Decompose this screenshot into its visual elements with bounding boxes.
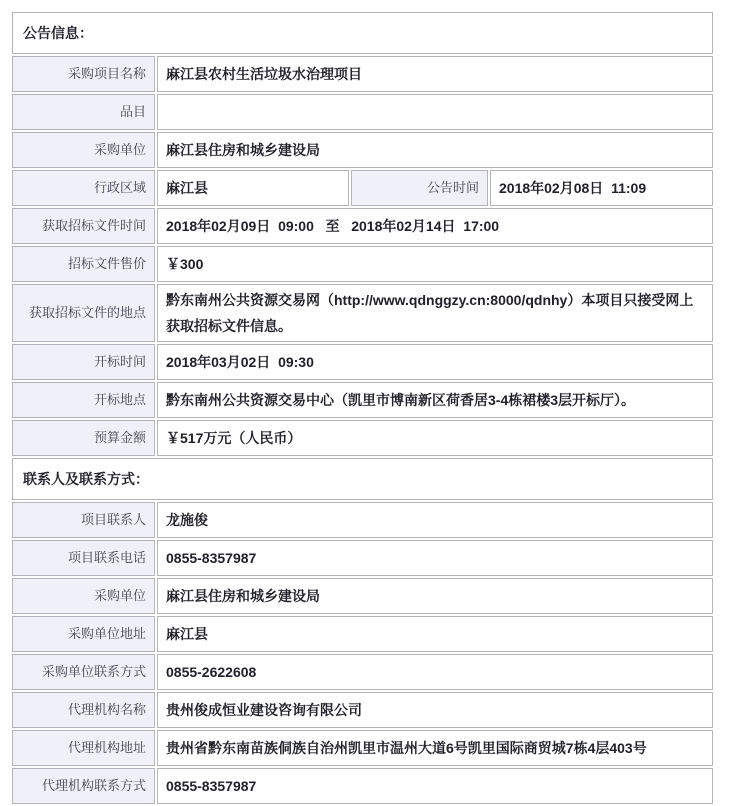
field-label-bid-open-time: 开标时间 <box>12 344 155 380</box>
field-label-doc-obtain-place: 获取招标文件的地点 <box>12 284 155 342</box>
field-label-agency-name: 代理机构名称 <box>12 692 155 728</box>
field-value-agency-name: 贵州俊成恒业建设咨询有限公司 <box>157 692 713 728</box>
announcement-section-title: 公告信息： <box>12 12 713 54</box>
field-label-purchaser: 采购单位 <box>12 132 155 168</box>
contact-section-title: 联系人及联系方式： <box>12 458 713 500</box>
table-row: 采购单位联系方式 0855-2622608 <box>12 654 713 690</box>
field-value-purchaser: 麻江县住房和城乡建设局 <box>157 132 713 168</box>
field-label-region: 行政区域 <box>12 170 155 206</box>
table-row: 获取招标文件时间 2018年02月09日 09:00 至 2018年02月14日… <box>12 208 713 244</box>
field-value-purchaser-name: 麻江县住房和城乡建设局 <box>157 578 713 614</box>
field-label-category: 品目 <box>12 94 155 130</box>
field-label-project-phone: 项目联系电话 <box>12 540 155 576</box>
section-header-row: 联系人及联系方式： <box>12 458 713 500</box>
table-row: 采购单位 麻江县住房和城乡建设局 <box>12 578 713 614</box>
field-value-agency-address: 贵州省黔东南苗族侗族自治州凯里市温州大道6号凯里国际商贸城7栋4层403号 <box>157 730 713 766</box>
field-label-agency-phone: 代理机构联系方式 <box>12 768 155 804</box>
field-value-doc-price: ￥300 <box>157 246 713 282</box>
table-row: 代理机构联系方式 0855-8357987 <box>12 768 713 804</box>
field-value-bid-open-time: 2018年03月02日 09:30 <box>157 344 713 380</box>
field-label-announce-time: 公告时间 <box>351 170 488 206</box>
field-label-purchaser-address: 采购单位地址 <box>12 616 155 652</box>
field-value-category <box>157 94 713 130</box>
field-value-announce-time: 2018年02月08日 11:09 <box>490 170 713 206</box>
table-row: 品目 <box>12 94 713 130</box>
field-value-purchaser-phone: 0855-2622608 <box>157 654 713 690</box>
field-value-bid-open-place: 黔东南州公共资源交易中心（凯里市博南新区荷香居3-4栋裙楼3层开标厅）。 <box>157 382 713 418</box>
table-row: 采购单位 麻江县住房和城乡建设局 <box>12 132 713 168</box>
table-row: 开标地点 黔东南州公共资源交易中心（凯里市博南新区荷香居3-4栋裙楼3层开标厅）… <box>12 382 713 418</box>
field-label-purchaser-name: 采购单位 <box>12 578 155 614</box>
field-value-budget: ￥517万元（人民币） <box>157 420 713 456</box>
field-label-project-contact: 项目联系人 <box>12 502 155 538</box>
field-value-project-contact: 龙施俊 <box>157 502 713 538</box>
field-value-project-name: 麻江县农村生活垃圾水治理项目 <box>157 56 713 92</box>
field-value-purchaser-address: 麻江县 <box>157 616 713 652</box>
table-row: 采购单位地址 麻江县 <box>12 616 713 652</box>
field-value-doc-obtain-place: 黔东南州公共资源交易网（http://www.qdnggzy.cn:8000/q… <box>157 284 713 342</box>
table-row: 预算金额 ￥517万元（人民币） <box>12 420 713 456</box>
table-row: 开标时间 2018年03月02日 09:30 <box>12 344 713 380</box>
table-row: 项目联系人 龙施俊 <box>12 502 713 538</box>
section-header-row: 公告信息： <box>12 12 713 54</box>
field-value-region: 麻江县 <box>157 170 349 206</box>
field-label-agency-address: 代理机构地址 <box>12 730 155 766</box>
table-row: 代理机构名称 贵州俊成恒业建设咨询有限公司 <box>12 692 713 728</box>
field-label-budget: 预算金额 <box>12 420 155 456</box>
table-row: 行政区域 麻江县 公告时间 2018年02月08日 11:09 <box>12 170 713 206</box>
field-label-bid-open-place: 开标地点 <box>12 382 155 418</box>
table-row: 招标文件售价 ￥300 <box>12 246 713 282</box>
table-row: 项目联系电话 0855-8357987 <box>12 540 713 576</box>
field-value-doc-obtain-time: 2018年02月09日 09:00 至 2018年02月14日 17:00 <box>157 208 713 244</box>
field-label-doc-price: 招标文件售价 <box>12 246 155 282</box>
field-label-project-name: 采购项目名称 <box>12 56 155 92</box>
table-row: 代理机构地址 贵州省黔东南苗族侗族自治州凯里市温州大道6号凯里国际商贸城7栋4层… <box>12 730 713 766</box>
field-label-purchaser-phone: 采购单位联系方式 <box>12 654 155 690</box>
table-row: 获取招标文件的地点 黔东南州公共资源交易网（http://www.qdnggzy… <box>12 284 713 342</box>
field-label-doc-obtain-time: 获取招标文件时间 <box>12 208 155 244</box>
field-value-agency-phone: 0855-8357987 <box>157 768 713 804</box>
field-value-project-phone: 0855-8357987 <box>157 540 713 576</box>
table-row: 采购项目名称 麻江县农村生活垃圾水治理项目 <box>12 56 713 92</box>
procurement-announcement-table: 公告信息： 采购项目名称 麻江县农村生活垃圾水治理项目 品目 采购单位 麻江县住… <box>10 10 715 806</box>
